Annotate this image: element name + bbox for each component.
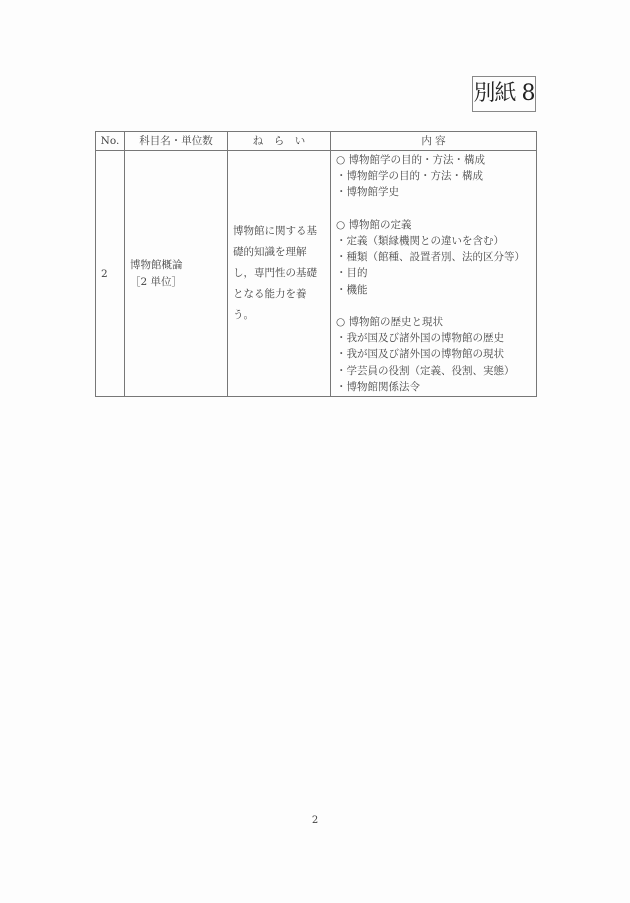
table-header-row: No. 科目名・単位数 ね ら い 内 容: [96, 132, 537, 151]
header-course-name: 科目名・単位数: [125, 132, 228, 151]
aim-line: し，専門性の基礎: [233, 263, 326, 284]
content-item: ・機能: [336, 282, 536, 298]
content-spacer: [336, 201, 536, 217]
syllabus-table: No. 科目名・単位数 ね ら い 内 容 2 博物館概論 ［2 単位］ 博物館…: [95, 131, 537, 397]
table-row: 2 博物館概論 ［2 単位］ 博物館に関する基 礎的知識を理解 し，専門性の基礎…: [96, 151, 537, 397]
course-name: 博物館概論: [130, 257, 227, 274]
course-credits: ［2 単位］: [130, 274, 227, 291]
content-item: ・博物館学の目的・方法・構成: [336, 168, 536, 184]
content-item: ・種類（館種、設置者別、法的区分等）: [336, 249, 536, 265]
content-item: ・博物館関係法令: [336, 379, 536, 395]
content-item: ・我が国及び諸外国の博物館の現状: [336, 346, 536, 362]
header-content: 内 容: [331, 132, 537, 151]
content-item: ・目的: [336, 265, 536, 281]
content-item: ・我が国及び諸外国の博物館の歴史: [336, 330, 536, 346]
content-heading: ○ 博物館学の目的・方法・構成: [336, 152, 536, 168]
header-no: No.: [96, 132, 125, 151]
content-item: ・博物館学史: [336, 184, 536, 200]
page-number: 2: [0, 815, 630, 826]
row-number: 2: [96, 151, 125, 397]
aim-line: う。: [233, 305, 326, 326]
content-heading: ○ 博物館の歴史と現状: [336, 314, 536, 330]
header-aim: ね ら い: [228, 132, 331, 151]
content-spacer: [336, 298, 536, 314]
content-item: ・定義（類縁機関との違いを含む）: [336, 233, 536, 249]
content-heading: ○ 博物館の定義: [336, 217, 536, 233]
aim-line: となる能力を養: [233, 284, 326, 305]
course-name-cell: 博物館概論 ［2 単位］: [125, 151, 228, 397]
content-cell: ○ 博物館学の目的・方法・構成 ・博物館学の目的・方法・構成 ・博物館学史 ○ …: [331, 151, 537, 397]
attachment-label: 別紙 8: [472, 76, 536, 112]
aim-line: 礎的知識を理解: [233, 242, 326, 263]
aim-cell: 博物館に関する基 礎的知識を理解 し，専門性の基礎 となる能力を養 う。: [228, 151, 331, 397]
aim-line: 博物館に関する基: [233, 221, 326, 242]
content-item: ・学芸員の役割（定義、役割、実態）: [336, 363, 536, 379]
